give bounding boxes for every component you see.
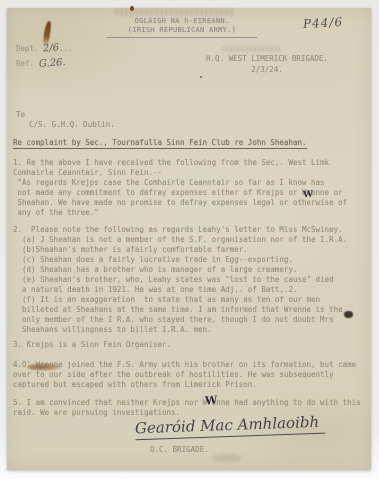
handwritten-w-annotation: W [204, 393, 217, 407]
signature-role: O.C. BRIGADE. [150, 445, 209, 455]
ref-value-handwritten: G.26. [38, 58, 65, 70]
paragraph-1: 1. Re the above I have received the foll… [13, 158, 371, 218]
ink-speck [130, 6, 134, 11]
dept-line: Dept. 2/6... [16, 44, 73, 54]
ref-line: Ref. G.26. [16, 59, 65, 69]
letterhead-org-english: (IRISH REPUBLICAN ARMY.) [107, 26, 257, 35]
recipient: C/S. G.H.Q. Dublin. [29, 120, 115, 130]
letterhead: OGLAIGH NA h-EIREANN. (IRISH REPUBLICAN … [107, 17, 257, 38]
ref-label: Ref. [16, 59, 34, 68]
archive-reference-annotation: P44/6 [303, 15, 344, 31]
to-label: To [16, 110, 25, 120]
dept-label: Dept. [16, 44, 39, 53]
dept-dots: ... [59, 44, 73, 53]
faded-mark [222, 46, 282, 52]
subject-line: Re complaint by Sec., Tournafulla Sinn F… [13, 138, 307, 148]
hq-address: H.Q. WEST LIMERICK BRIGADE. [182, 54, 352, 64]
handwritten-w-annotation: W [303, 190, 314, 201]
ink-blot [344, 311, 353, 318]
subject-text: Re complaint by Sec., Tournafulla Sinn F… [13, 138, 307, 149]
paragraph-4: 4.O' Wrenne joined the F.S. Army with hi… [13, 360, 371, 390]
faded-mark [212, 454, 242, 462]
scanned-document-view: OGLAIGH NA h-EIREANN. (IRISH REPUBLICAN … [0, 0, 379, 479]
document-page: OGLAIGH NA h-EIREANN. (IRISH REPUBLICAN … [7, 8, 371, 470]
dept-value-handwritten: 2/6 [43, 43, 60, 54]
letterhead-underline [107, 37, 257, 38]
date: 2/3/24. [182, 65, 352, 75]
paragraph-2: 2. Please note the following as regards … [13, 225, 371, 335]
letterhead-org-irish: OGLAIGH NA h-EIREANN. [107, 17, 257, 26]
ink-speck [200, 76, 202, 78]
paragraph-3: 3. Krejps is a Sinn Fein Organiser. [13, 340, 371, 350]
